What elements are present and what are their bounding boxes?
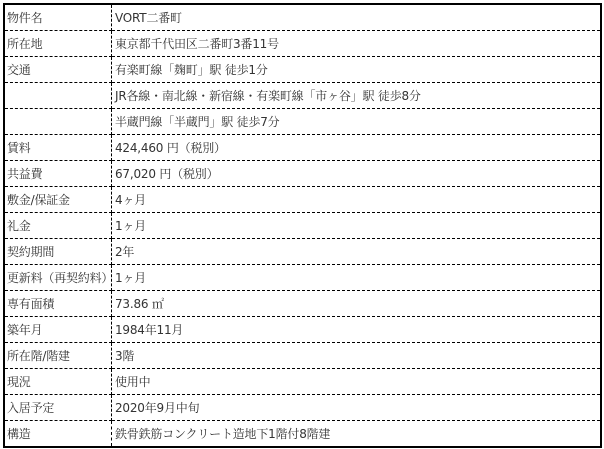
row-label: 交通 xyxy=(5,57,112,83)
property-details-sheet: 物件名 VORT二番町 所在地 東京都千代田区二番町3番11号 交通 有楽町線「… xyxy=(3,3,602,448)
row-label: 構造 xyxy=(5,421,112,447)
table-row-renewal-fee: 更新料（再契約料） 1ヶ月 xyxy=(5,265,600,291)
row-value: 有楽町線「麹町」駅 徒歩1分 xyxy=(112,57,601,83)
row-value: 使用中 xyxy=(112,369,601,395)
row-value: 1984年11月 xyxy=(112,317,601,343)
table-row-address: 所在地 東京都千代田区二番町3番11号 xyxy=(5,31,600,57)
row-label: 共益費 xyxy=(5,161,112,187)
row-value: JR各線・南北線・新宿線・有楽町線「市ヶ谷」駅 徒歩8分 xyxy=(112,83,601,109)
row-value: 424,460 円（税別） xyxy=(112,135,601,161)
row-value: 1ヶ月 xyxy=(112,213,601,239)
row-value: 4ヶ月 xyxy=(112,187,601,213)
table-row-property-name: 物件名 VORT二番町 xyxy=(5,5,600,31)
table-row-structure: 構造 鉄骨鉄筋コンクリート造地下1階付8階建 xyxy=(5,421,600,447)
table-row-built-date: 築年月 1984年11月 xyxy=(5,317,600,343)
row-label: 礼金 xyxy=(5,213,112,239)
row-label xyxy=(5,109,112,135)
row-label: 賃料 xyxy=(5,135,112,161)
row-label: 契約期間 xyxy=(5,239,112,265)
row-value: 1ヶ月 xyxy=(112,265,601,291)
row-value: 3階 xyxy=(112,343,601,369)
row-value: 2年 xyxy=(112,239,601,265)
row-value: 67,020 円（税別） xyxy=(112,161,601,187)
row-value: 鉄骨鉄筋コンクリート造地下1階付8階建 xyxy=(112,421,601,447)
row-value: 東京都千代田区二番町3番11号 xyxy=(112,31,601,57)
table-row-floor: 所在階/階建 3階 xyxy=(5,343,600,369)
row-label: 築年月 xyxy=(5,317,112,343)
row-label: 敷金/保証金 xyxy=(5,187,112,213)
property-details-table: 物件名 VORT二番町 所在地 東京都千代田区二番町3番11号 交通 有楽町線「… xyxy=(5,5,600,446)
table-row-common-fee: 共益費 67,020 円（税別） xyxy=(5,161,600,187)
row-label: 現況 xyxy=(5,369,112,395)
row-label: 更新料（再契約料） xyxy=(5,265,112,291)
row-label xyxy=(5,83,112,109)
table-row-key-money: 礼金 1ヶ月 xyxy=(5,213,600,239)
row-value: VORT二番町 xyxy=(112,5,601,31)
row-label: 物件名 xyxy=(5,5,112,31)
row-label: 所在階/階建 xyxy=(5,343,112,369)
table-row-contract-period: 契約期間 2年 xyxy=(5,239,600,265)
table-row-deposit: 敷金/保証金 4ヶ月 xyxy=(5,187,600,213)
row-value: 半蔵門線「半蔵門」駅 徒歩7分 xyxy=(112,109,601,135)
table-row-access-2: JR各線・南北線・新宿線・有楽町線「市ヶ谷」駅 徒歩8分 xyxy=(5,83,600,109)
table-row-move-in: 入居予定 2020年9月中旬 xyxy=(5,395,600,421)
table-row-floor-area: 専有面積 73.86 ㎡ xyxy=(5,291,600,317)
table-row-access-1: 交通 有楽町線「麹町」駅 徒歩1分 xyxy=(5,57,600,83)
table-row-access-3: 半蔵門線「半蔵門」駅 徒歩7分 xyxy=(5,109,600,135)
table-row-rent: 賃料 424,460 円（税別） xyxy=(5,135,600,161)
row-value: 73.86 ㎡ xyxy=(112,291,601,317)
row-value: 2020年9月中旬 xyxy=(112,395,601,421)
row-label: 所在地 xyxy=(5,31,112,57)
table-row-status: 現況 使用中 xyxy=(5,369,600,395)
row-label: 専有面積 xyxy=(5,291,112,317)
row-label: 入居予定 xyxy=(5,395,112,421)
